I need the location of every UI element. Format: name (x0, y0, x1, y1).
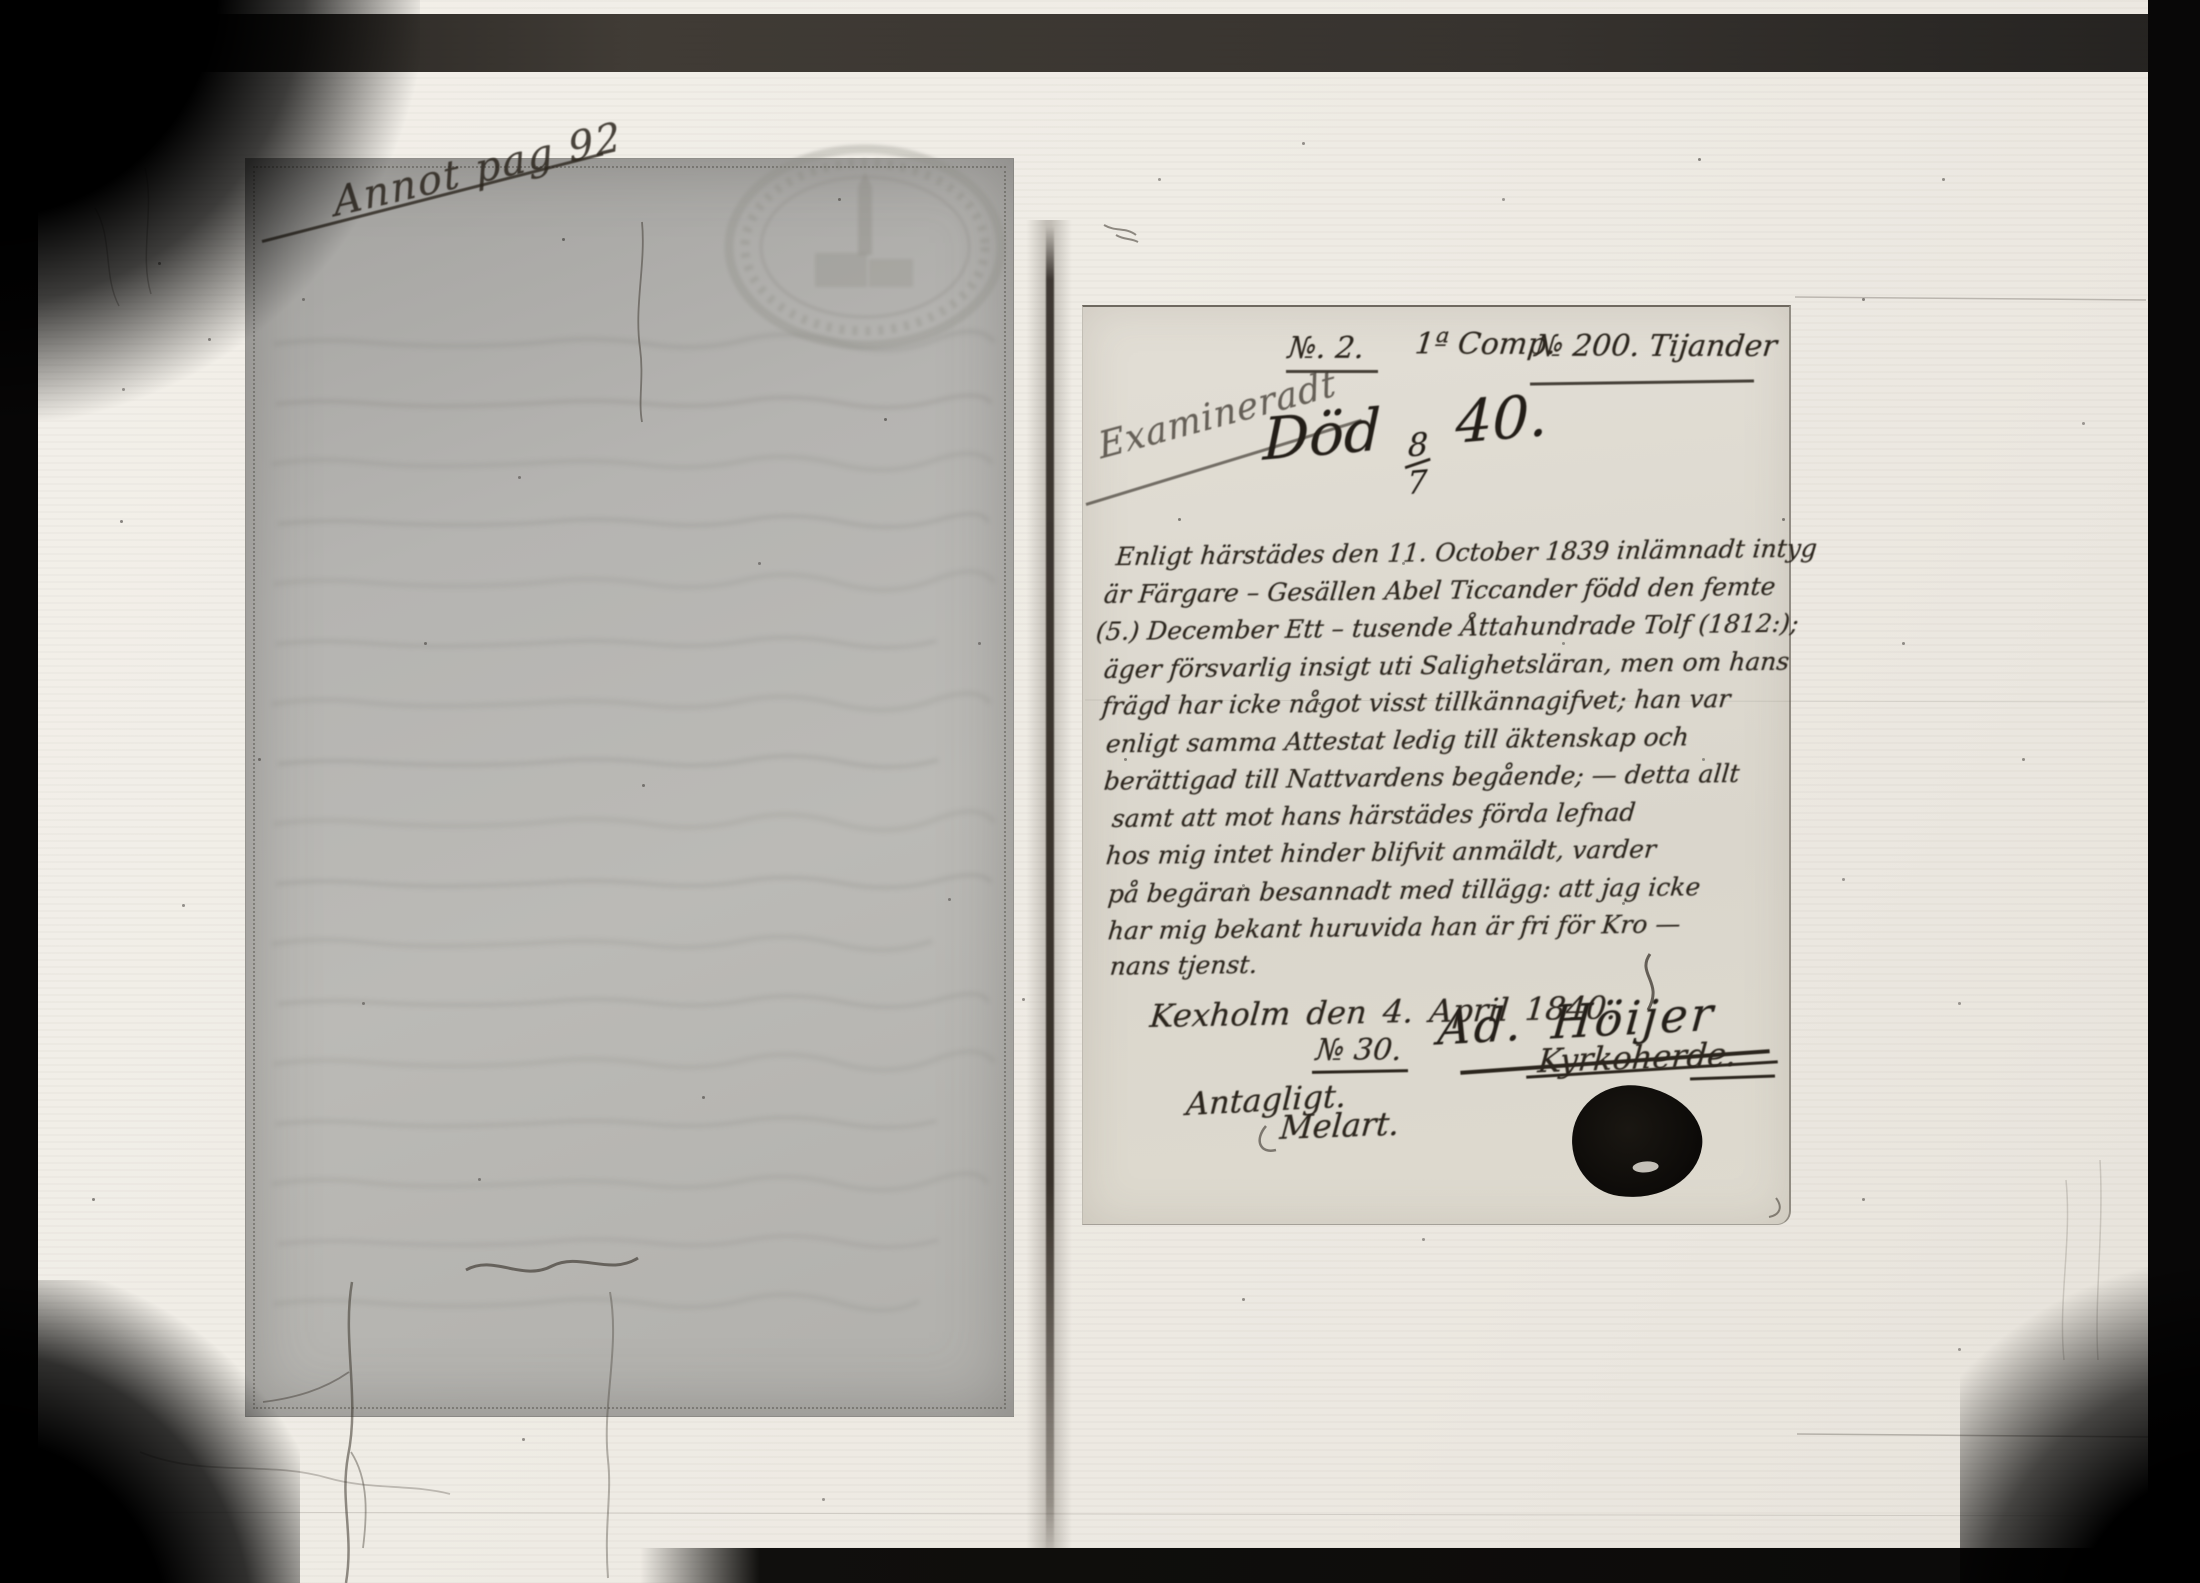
corner-vignette-bottom-right (1960, 1250, 2200, 1583)
microfilm-scan: Annot pag 92 Examineradt №. 2. 1ª Comp. … (0, 0, 2200, 1583)
corner-vignette-bottom-left (0, 1280, 300, 1583)
corner-vignette-top-left (0, 0, 420, 420)
